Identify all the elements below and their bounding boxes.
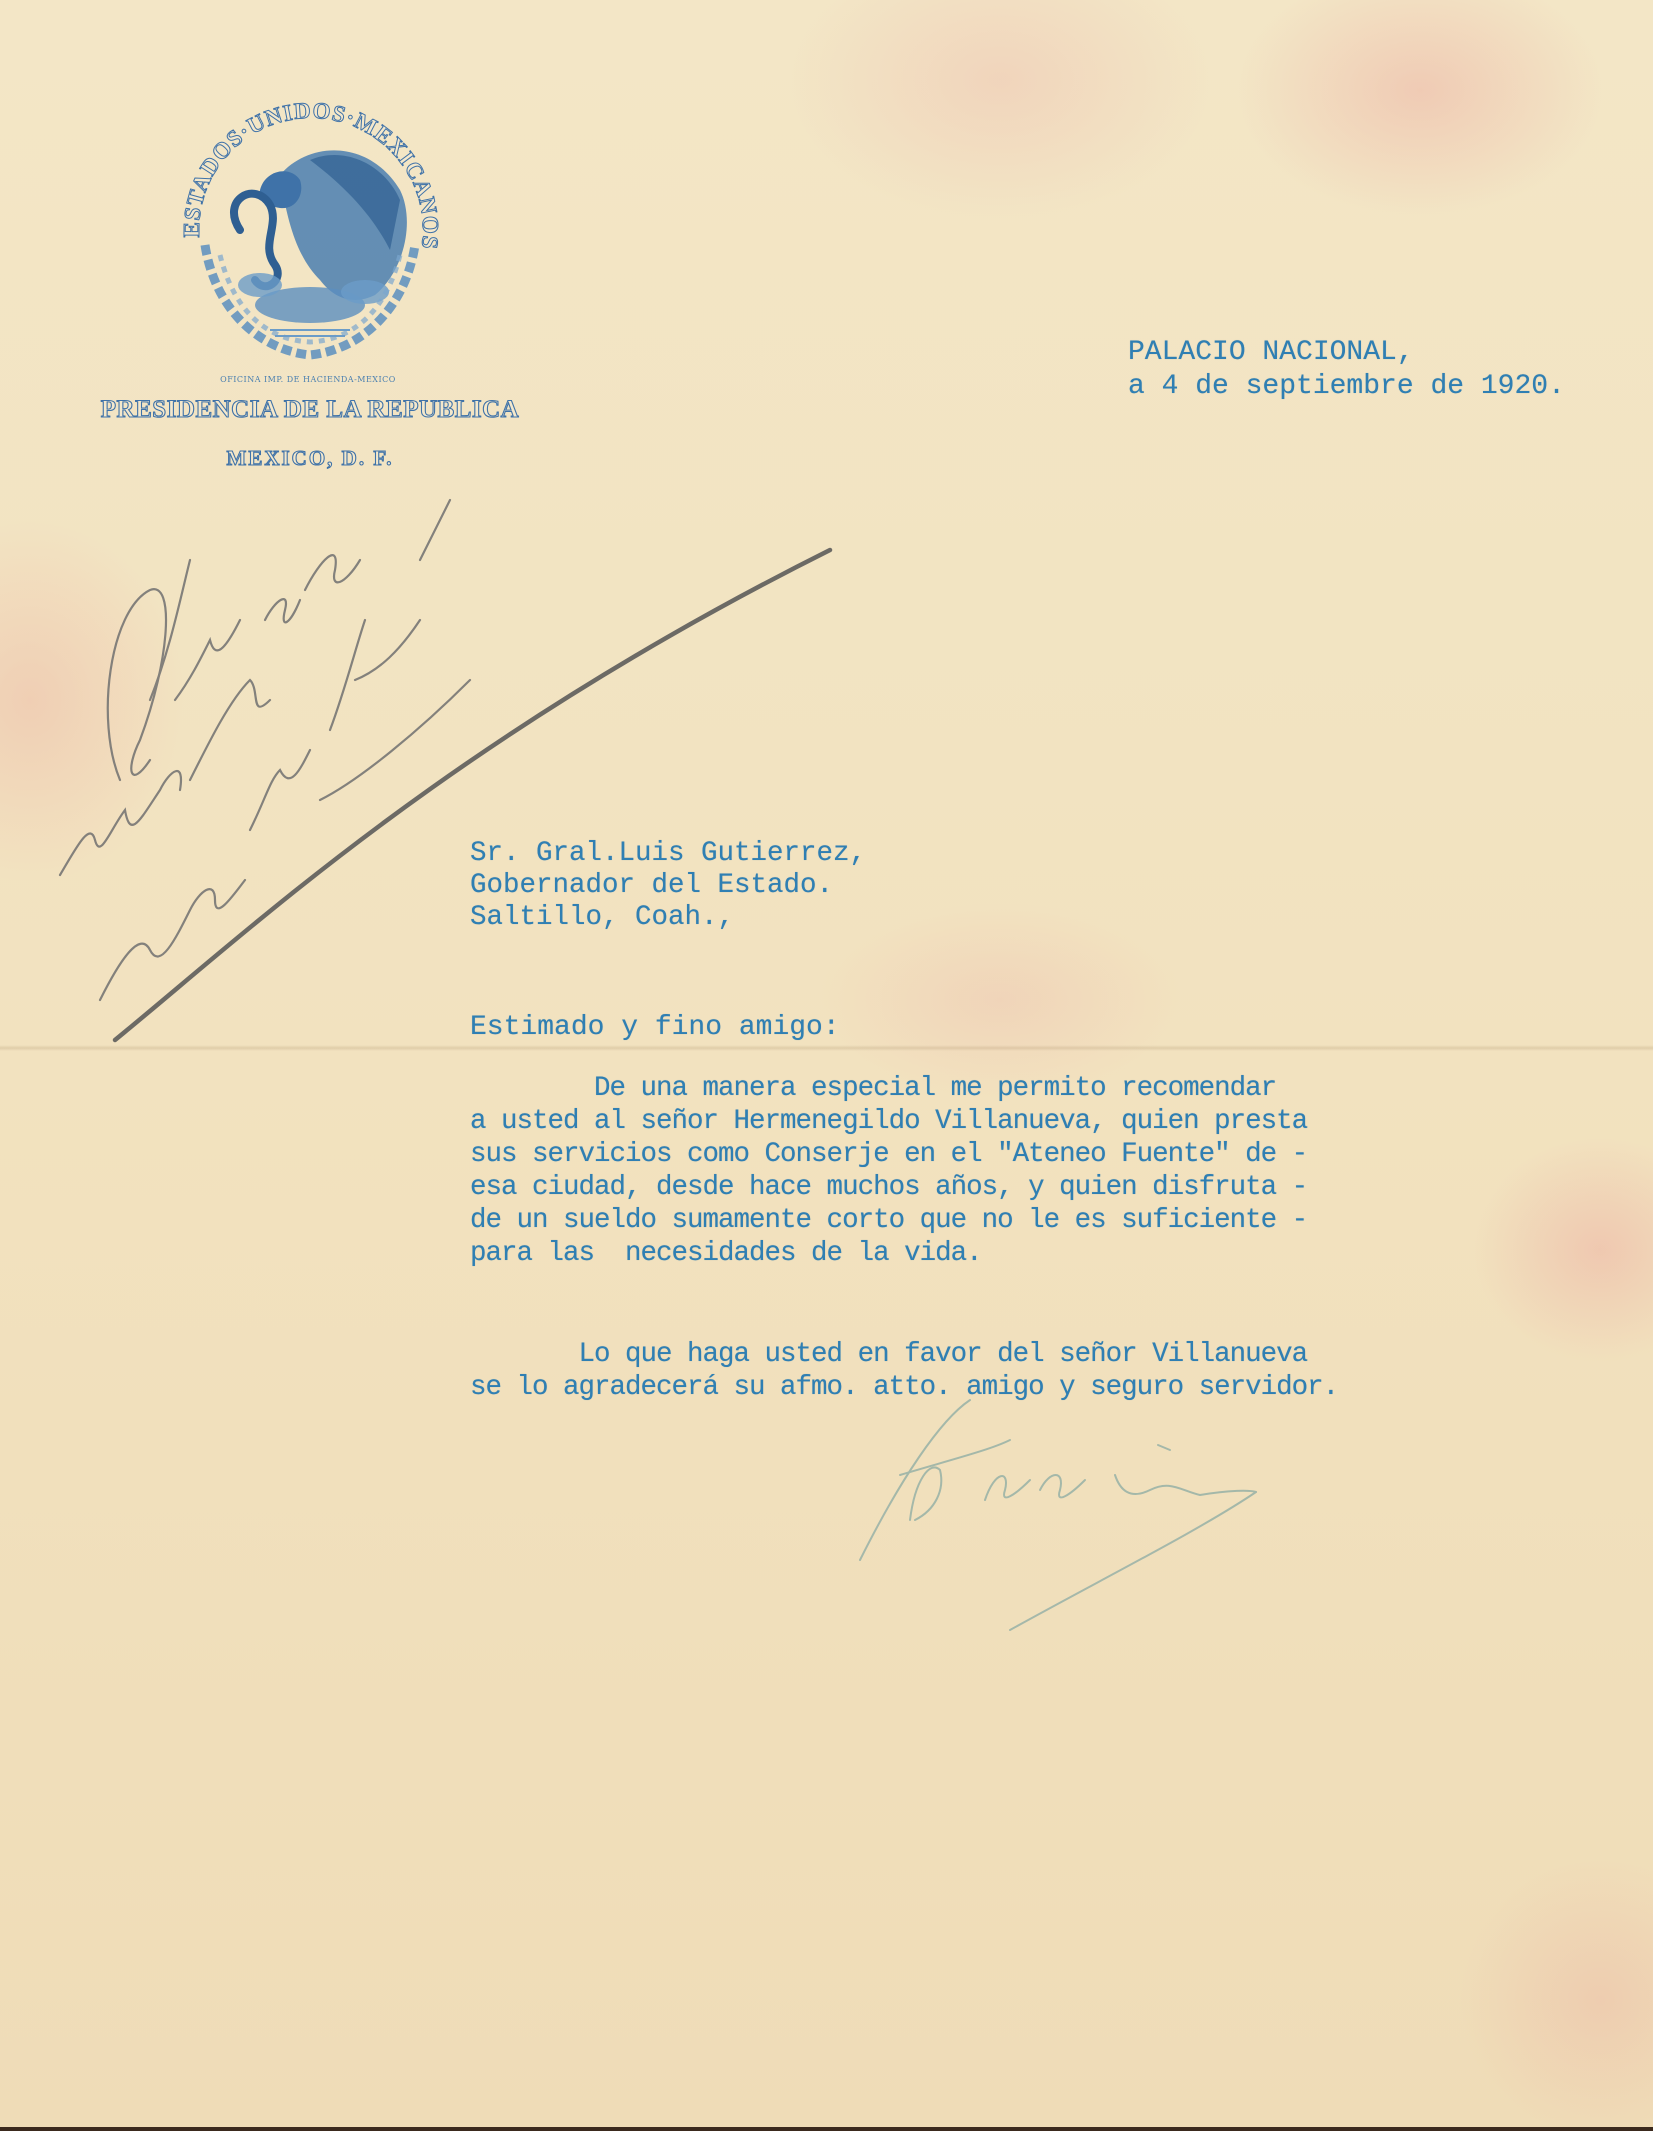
letterhead-city: MEXICO, D. F. (90, 446, 530, 471)
body-line: esa ciudad, desde hace muchos años, y qu… (470, 1171, 1307, 1204)
printer-mark: OFICINA IMP. DE HACIENDA-MEXICO (218, 375, 398, 384)
recipient-address: Sr. Gral.Luis Gutierrez,Gobernador del E… (470, 838, 866, 934)
body-paragraph-2: Lo que haga usted en favor del señor Vil… (470, 1338, 1338, 1404)
letterhead-office: PRESIDENCIA DE LA REPUBLICA (90, 396, 530, 424)
body-line: De una manera especial me permito recome… (470, 1072, 1307, 1105)
salutation: Estimado y fino amigo: (470, 1011, 840, 1045)
body-line: para las necesidades de la vida. (470, 1237, 1307, 1270)
fold-crease (0, 1045, 1653, 1051)
date-line: a 4 de septiembre de 1920. (1128, 370, 1565, 404)
recipient-name: Sr. Gral.Luis Gutierrez, (470, 838, 866, 870)
coat-of-arms-seal-icon: ESTADOS·UNIDOS·MEXICANOS (160, 80, 460, 380)
date-block: PALACIO NACIONAL,a 4 de septiembre de 19… (1128, 336, 1565, 404)
body-line: se lo agradecerá su afmo. atto. amigo y … (470, 1371, 1338, 1404)
body-line: Lo que haga usted en favor del señor Vil… (470, 1338, 1338, 1371)
body-paragraph-1: De una manera especial me permito recome… (470, 1072, 1307, 1270)
recipient-title: Gobernador del Estado. (470, 870, 866, 902)
recipient-city: Saltillo, Coah., (470, 902, 866, 934)
page-bottom-edge (0, 2127, 1653, 2131)
body-line: de un sueldo sumamente corto que no le e… (470, 1204, 1307, 1237)
place-line: PALACIO NACIONAL, (1128, 336, 1565, 370)
body-line: a usted al señor Hermenegildo Villanueva… (470, 1105, 1307, 1138)
body-line: sus servicios como Conserje en el "Atene… (470, 1138, 1307, 1171)
